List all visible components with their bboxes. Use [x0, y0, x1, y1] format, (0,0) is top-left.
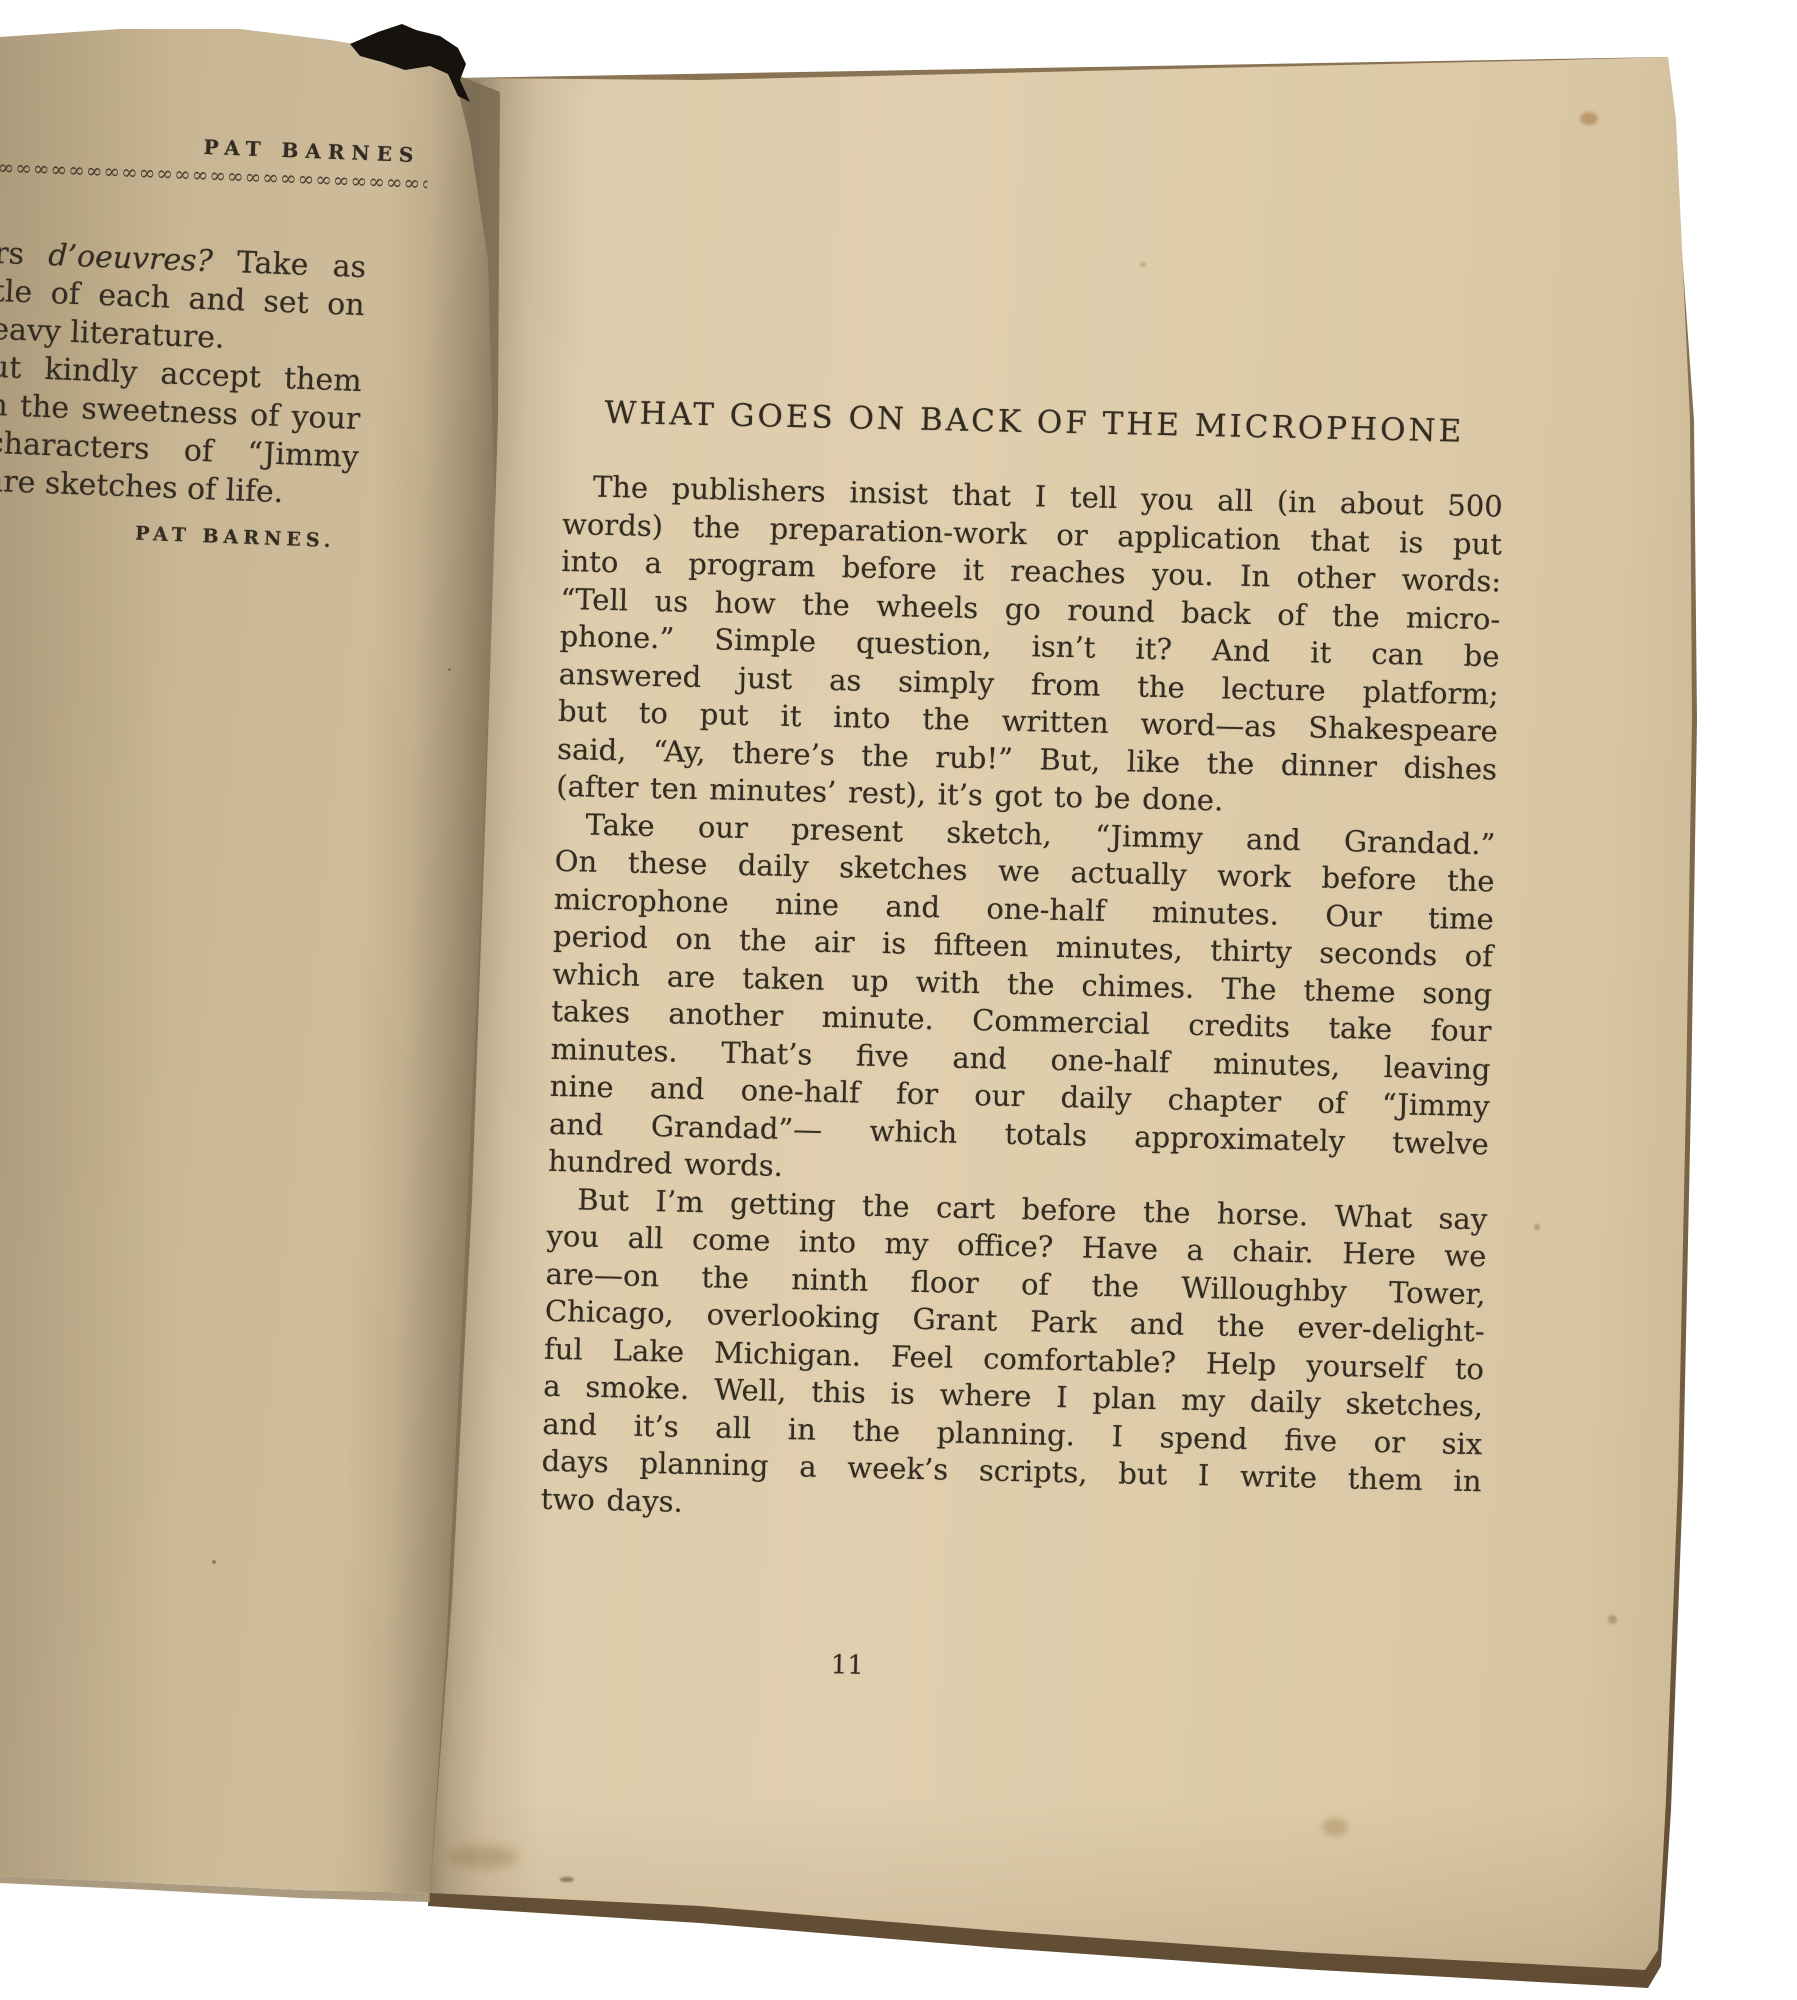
right-page-body-text: The publishers insist that I tell you al…	[540, 468, 1503, 1538]
left-page-text: rs d’oeuvres? Take astle of each and set…	[0, 235, 367, 515]
page-number: 11	[805, 1650, 890, 1682]
book-photo: PAT BARNES ∞∞∞∞∞∞∞∞∞∞∞∞∞∞∞∞∞∞∞∞∞∞∞∞∞∞ rs…	[0, 0, 1797, 2000]
left-page-content: PAT BARNES ∞∞∞∞∞∞∞∞∞∞∞∞∞∞∞∞∞∞∞∞∞∞∞∞∞∞ rs…	[0, 105, 430, 555]
right-page-content: WHAT GOES ON BACK OF THE MICROPHONE The …	[540, 392, 1504, 1538]
